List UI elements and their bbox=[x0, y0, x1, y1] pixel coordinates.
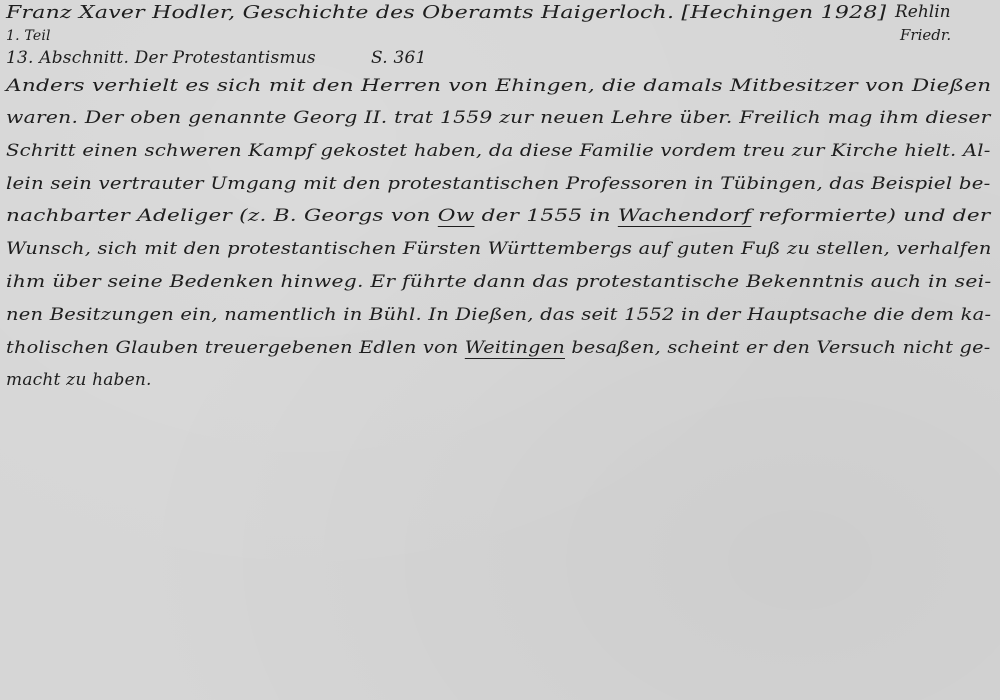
body-line-9: tholischen Glauben treuergebenen Edlen v… bbox=[6, 338, 990, 358]
page-reference: S. 361 bbox=[371, 48, 427, 68]
body-line-7: ihm über seine Bedenken hinweg. Er führt… bbox=[6, 272, 991, 292]
body-line-3: Schritt einen schweren Kampf gekostet ha… bbox=[6, 141, 991, 161]
underlined-place-wachendorf: Wachendorf bbox=[618, 206, 751, 226]
section-title: 13. Abschnitt. Der Protestantismus bbox=[6, 48, 316, 68]
body-line-9-post: besaßen, scheint er den Versuch nicht ge… bbox=[565, 338, 990, 358]
underlined-name-weitingen: Weitingen bbox=[465, 338, 565, 358]
annotation-author-lastname: Rehlin bbox=[895, 2, 951, 22]
citation-part: 1. Teil bbox=[6, 28, 51, 44]
citation-title: Franz Xaver Hodler, Geschichte des Obera… bbox=[6, 2, 886, 23]
underlined-name-ow: Ow bbox=[438, 206, 475, 226]
annotation-author-firstname: Friedr. bbox=[900, 26, 951, 44]
body-line-5-post: reformierte) und der bbox=[751, 206, 990, 226]
body-line-9-pre: tholischen Glauben treuergebenen Edlen v… bbox=[6, 338, 465, 358]
body-line-8: nen Besitzungen ein, namentlich in Bühl.… bbox=[6, 305, 991, 325]
body-line-5: nachbarter Adeliger (z. B. Georgs von Ow… bbox=[6, 206, 990, 226]
body-line-10: macht zu haben. bbox=[6, 370, 152, 390]
body-line-6: Wunsch, sich mit den protestantischen Fü… bbox=[6, 239, 992, 259]
body-line-5-mid: der 1555 in bbox=[474, 206, 617, 226]
body-line-2: waren. Der oben genannte Georg II. trat … bbox=[6, 108, 991, 128]
section-heading: 13. Abschnitt. Der Protestantismus S. 36… bbox=[6, 48, 427, 68]
body-line-4: lein sein vertrauter Umgang mit den prot… bbox=[6, 174, 990, 194]
body-line-5-pre: nachbarter Adeliger (z. B. Georgs von bbox=[6, 206, 438, 226]
handwritten-page: Franz Xaver Hodler, Geschichte des Obera… bbox=[0, 0, 1000, 700]
body-line-1: Anders verhielt es sich mit den Herren v… bbox=[6, 76, 991, 96]
